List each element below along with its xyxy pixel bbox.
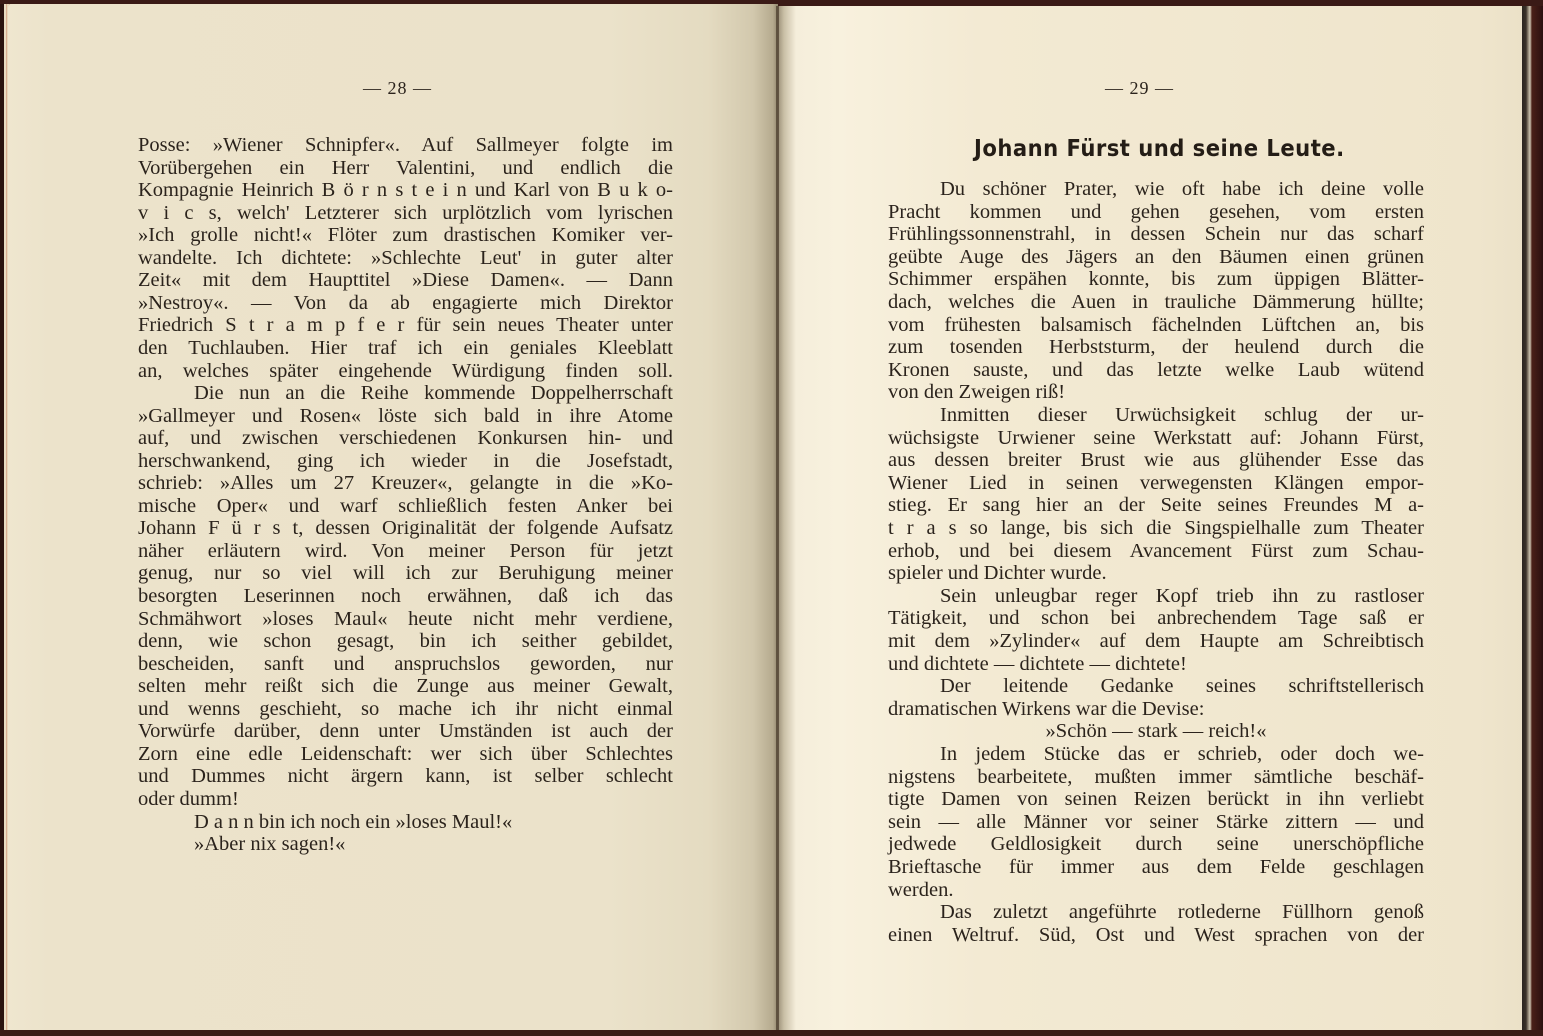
text-line: dramatischen Wirkens war die Devise: bbox=[888, 698, 1204, 721]
text-line: mische Oper« und warf schließlich festen… bbox=[138, 495, 673, 518]
text-line: nigstens bearbeitete, mußten immer sämtl… bbox=[888, 766, 1424, 789]
text-line: näher erläutern wird. Von meiner Person … bbox=[138, 540, 673, 563]
text-line: tigte Damen von seinen Reizen berückt in… bbox=[888, 788, 1424, 811]
text-line: Inmitten dieser Urwüchsigkeit schlug der… bbox=[940, 404, 1424, 427]
page-number-right: — 29 — bbox=[1105, 78, 1174, 99]
text-line: Vorübergehen ein Herr Valentini, und end… bbox=[138, 157, 673, 180]
text-line: selten mehr reißt sich die Zunge aus mei… bbox=[138, 675, 673, 698]
text-line: herschwankend, ging ich wieder in die Jo… bbox=[138, 450, 673, 473]
text-line: und dichtete — dichtete — dichtete! bbox=[888, 653, 1187, 676]
text-line: Tätigkeit, und schon bei anbrechendem Ta… bbox=[888, 607, 1424, 630]
text-line: und Dummes nicht ärgern kann, ist selber… bbox=[138, 765, 673, 788]
text-line: Schmähwort »loses Maul« heute nicht mehr… bbox=[138, 608, 673, 631]
text-line: spieler und Dichter wurde. bbox=[888, 562, 1107, 585]
text-line: schrieb: »Alles um 27 Kreuzer«, gelangte… bbox=[138, 472, 673, 495]
text-line: Wiener Lied in seinen verwegensten Kläng… bbox=[888, 472, 1424, 495]
text-line: »Aber nix sagen!« bbox=[194, 833, 345, 856]
text-line: vom frühesten balsamisch fächelnden Lüft… bbox=[888, 314, 1424, 337]
text-line: »Schön — stark — reich!« bbox=[888, 720, 1424, 743]
text-line: D a n n bin ich noch ein »loses Maul!« bbox=[194, 811, 512, 834]
text-line: erhob, und bei diesem Avancement Fürst z… bbox=[888, 540, 1424, 563]
text-line: Posse: »Wiener Schnipfer«. Auf Sallmeyer… bbox=[138, 134, 673, 157]
text-line: bescheiden, sanft und anspruchslos gewor… bbox=[138, 653, 673, 676]
text-line: besorgten Leserinnen noch erwähnen, daß … bbox=[138, 585, 673, 608]
text-line: Brieftasche für immer aus dem Felde gesc… bbox=[888, 856, 1424, 879]
left-page: — 28 — Posse: »Wiener Schnipfer«. Auf Sa… bbox=[8, 4, 778, 1030]
book-gutter bbox=[776, 6, 779, 1030]
text-line: zum tosenden Herbststurm, der heulend du… bbox=[888, 336, 1424, 359]
text-line: aus dessen breiter Brust wie aus glühend… bbox=[888, 449, 1424, 472]
text-line: wandelte. Ich dichtete: »Schlechte Leut'… bbox=[138, 247, 673, 270]
chapter-title: Johann Fürst und seine Leute. bbox=[974, 136, 1345, 162]
page-edges-right bbox=[1522, 6, 1543, 1030]
text-line: Kronen sauste, und das letzte welke Laub… bbox=[888, 359, 1424, 382]
text-line: und wenns geschieht, so mache ich ihr ni… bbox=[138, 698, 673, 721]
page-number-left: — 28 — bbox=[363, 78, 432, 99]
text-line: Der leitende Gedanke seines schriftstell… bbox=[940, 675, 1424, 698]
text-line: werden. bbox=[888, 879, 953, 902]
text-line: auf, und zwischen verschiedenen Konkurse… bbox=[138, 427, 673, 450]
text-line: wüchsigste Urwiener seine Werkstatt auf:… bbox=[888, 427, 1424, 450]
text-line: von den Zweigen riß! bbox=[888, 381, 1065, 404]
text-line: Pracht kommen und gehen gesehen, vom ers… bbox=[888, 201, 1424, 224]
right-page: — 29 — Johann Fürst und seine Leute. Du … bbox=[778, 6, 1522, 1030]
book-spread: — 28 — Posse: »Wiener Schnipfer«. Auf Sa… bbox=[0, 0, 1543, 1036]
text-line: t r a s so lange, bis sich die Singspiel… bbox=[888, 517, 1424, 540]
text-line: »Gallmeyer und Rosen« löste sich bald in… bbox=[138, 405, 673, 428]
text-line: genug, nur so viel will ich zur Beruhigu… bbox=[138, 562, 673, 585]
text-line: Kompagnie Heinrich B ö r n s t e i n und… bbox=[138, 179, 673, 202]
text-line: Die nun an die Reihe kommende Doppelherr… bbox=[194, 382, 673, 405]
text-line: Das zuletzt angeführte rotlederne Füllho… bbox=[940, 901, 1424, 924]
text-line: Vorwürfe darüber, denn unter Umständen i… bbox=[138, 720, 673, 743]
text-line: oder dumm! bbox=[138, 788, 239, 811]
text-line: Du schöner Prater, wie oft habe ich dein… bbox=[940, 178, 1424, 201]
text-line: »Nestroy«. — Von da ab engagierte mich D… bbox=[138, 292, 673, 315]
text-line: Johann F ü r s t, dessen Originalität de… bbox=[138, 517, 673, 540]
text-line: Friedrich S t r a m p f e r für sein neu… bbox=[138, 314, 673, 337]
text-line: mit dem »Zylinder« auf dem Haupte am Sch… bbox=[888, 630, 1424, 653]
text-line: denn, wie schon gesagt, bin ich seither … bbox=[138, 630, 673, 653]
text-line: dach, welches die Auen in trauliche Dämm… bbox=[888, 291, 1424, 314]
text-line: sein — alle Männer vor seiner Stärke zit… bbox=[888, 811, 1424, 834]
text-line: einen Weltruf. Süd, Ost und West sprache… bbox=[888, 924, 1424, 947]
text-line: stieg. Er sang hier an der Seite seines … bbox=[888, 494, 1424, 517]
text-line: geübte Auge des Jägers an den Bäumen ein… bbox=[888, 246, 1424, 269]
text-line: »Ich grolle nicht!« Flöter zum drastisch… bbox=[138, 224, 673, 247]
text-line: an, welches später eingehende Würdigung … bbox=[138, 360, 673, 383]
text-line: In jedem Stücke das er schrieb, oder doc… bbox=[940, 743, 1424, 766]
text-line: Sein unleugbar reger Kopf trieb ihn zu r… bbox=[940, 585, 1424, 608]
text-line: Schimmer erspähen konnte, bis zum üppige… bbox=[888, 268, 1424, 291]
text-line: Zeit« mit dem Haupttitel »Diese Damen«. … bbox=[138, 269, 673, 292]
text-line: jedwede Geldlosigkeit durch seine unersc… bbox=[888, 833, 1424, 856]
text-line: den Tuchlauben. Hier traf ich ein genial… bbox=[138, 337, 673, 360]
text-line: Frühlingssonnenstrahl, in dessen Schein … bbox=[888, 223, 1424, 246]
text-line: Zorn eine edle Leidenschaft: wer sich üb… bbox=[138, 743, 673, 766]
text-line: v i c s, welch' Letzterer sich urplötzli… bbox=[138, 202, 673, 225]
